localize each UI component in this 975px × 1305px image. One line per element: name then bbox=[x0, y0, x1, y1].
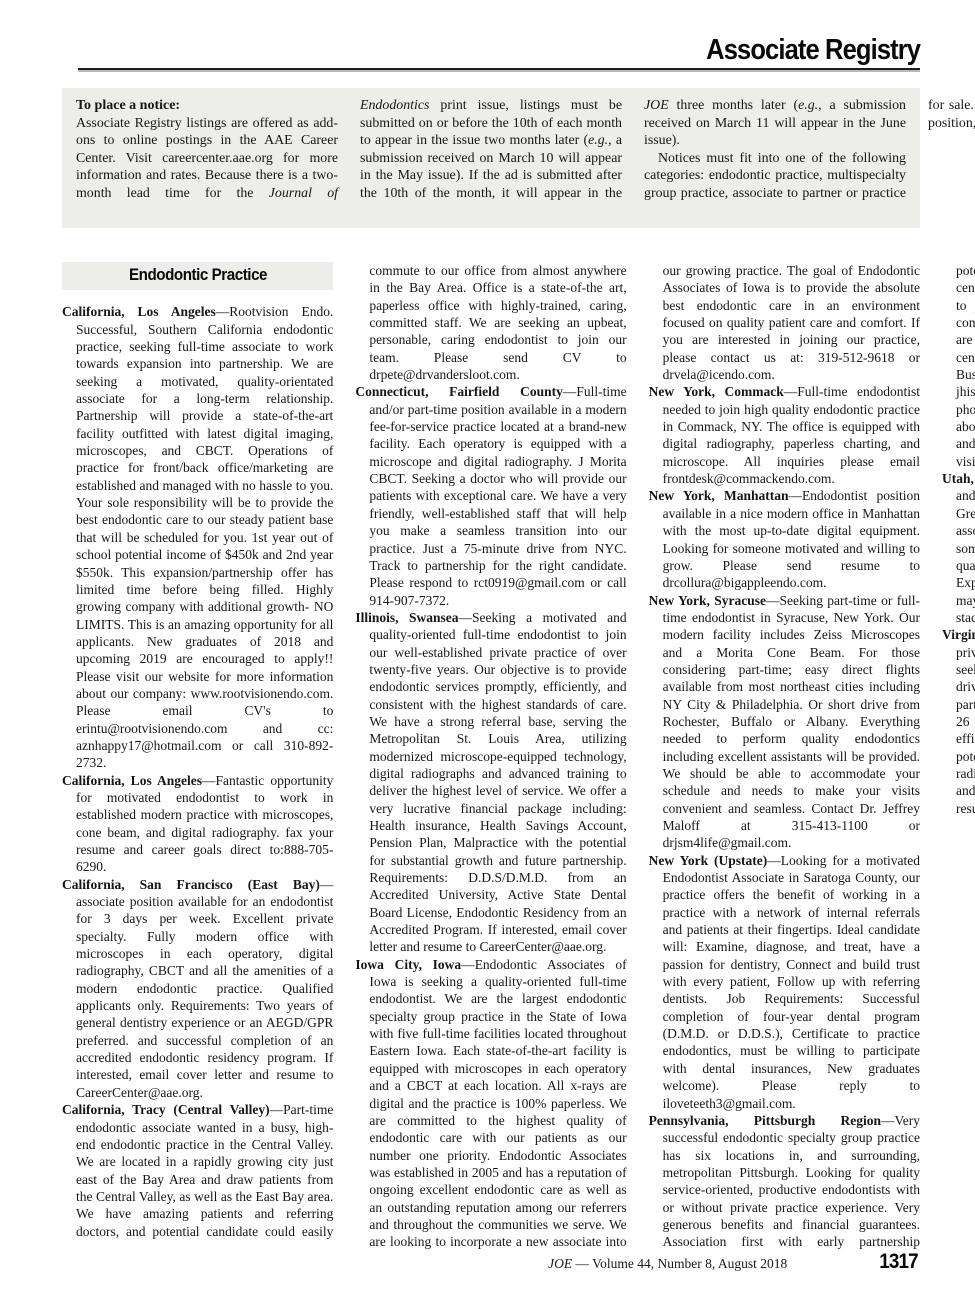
listing-location: Iowa City, Iowa bbox=[355, 957, 461, 972]
listing-location: Pennsylvania, Pittsburgh Region bbox=[649, 1113, 881, 1128]
listing: California, Los Angeles—Rootvision Endo.… bbox=[62, 303, 333, 771]
page-footer: JOE — Volume 44, Number 8, August 2018 1… bbox=[62, 1250, 920, 1274]
listing: New York (Upstate)—Looking for a motivat… bbox=[649, 852, 920, 1112]
listing: Illinois, Swansea—Seeking a motivated an… bbox=[355, 609, 626, 956]
listing: Utah, Murray—This is a great opportunity… bbox=[942, 470, 975, 626]
listing: New York, Syracuse—Seeking part-time or … bbox=[649, 592, 920, 852]
listing-location: Connecticut, Fairfield County bbox=[355, 384, 563, 399]
listing-body: —associate position available for an end… bbox=[76, 877, 333, 1100]
listing: Connecticut, Fairfield County—Full-time … bbox=[355, 383, 626, 608]
listing-body: —Seeking a motivated and quality-oriente… bbox=[369, 610, 626, 955]
listing: California, San Francisco (East Bay)—ass… bbox=[62, 876, 333, 1101]
notice-box: To place a notice: Associate Registry li… bbox=[62, 88, 920, 228]
listing-body: —Full-time and/or part-time position ava… bbox=[369, 384, 626, 607]
page-title: Associate Registry bbox=[706, 34, 920, 67]
page-number: 1317 bbox=[880, 1250, 918, 1274]
listing-location: New York, Commack bbox=[649, 384, 784, 399]
journal-page: Associate Registry To place a notice: As… bbox=[62, 0, 920, 1252]
listing-location: New York (Upstate) bbox=[649, 853, 768, 868]
listing-body: —Looking for a motivated Endodontist Ass… bbox=[663, 853, 920, 1111]
listing: California, Los Angeles—Fantastic opport… bbox=[62, 772, 333, 876]
listing-location: California, Tracy (Central Valley) bbox=[62, 1102, 270, 1117]
section-heading-bar: Endodontic Practice bbox=[62, 262, 333, 290]
page-header: Associate Registry bbox=[62, 0, 920, 70]
listing-location: California, Los Angeles bbox=[62, 304, 216, 319]
listing: New York, Manhattan—Endodontist position… bbox=[649, 487, 920, 591]
notice-text-columns: To place a notice: Associate Registry li… bbox=[76, 97, 906, 220]
listing: Virginia (Central)—Thriving, established… bbox=[942, 626, 975, 817]
journal-volume-line: JOE — Volume 44, Number 8, August 2018 bbox=[548, 1256, 787, 1272]
listing-body: —This is a great opportunity live and pr… bbox=[956, 471, 975, 625]
header-rule bbox=[78, 68, 920, 70]
listing-body: —Thriving, established, private endodont… bbox=[956, 627, 975, 815]
listing: New York, Commack—Full-time endodontist … bbox=[649, 383, 920, 487]
section-heading-endodontic-practice: Endodontic Practice bbox=[129, 267, 267, 284]
listing-body: —Rootvision Endo. Successful, Southern C… bbox=[76, 304, 333, 770]
listing-body: —Seeking part-time or full-time endodont… bbox=[663, 593, 920, 851]
listings-flow: Endodontic Practice California, Los Ange… bbox=[62, 262, 920, 1252]
listing-location: Virginia (Central) bbox=[942, 627, 975, 642]
listing-location: California, Los Angeles bbox=[62, 773, 202, 788]
listing-location: New York, Syracuse bbox=[649, 593, 766, 608]
listing-location: Illinois, Swansea bbox=[355, 610, 458, 625]
listing-body: —Endodontist position available in a nic… bbox=[663, 488, 920, 590]
listing-location: Utah, Murray bbox=[942, 471, 975, 486]
listing-location: New York, Manhattan bbox=[649, 488, 789, 503]
listing-body: —Full-time endodontist needed to join hi… bbox=[663, 384, 920, 486]
notice-heading: To place a notice: bbox=[76, 97, 338, 115]
listing-location: California, San Francisco (East Bay) bbox=[62, 877, 320, 892]
